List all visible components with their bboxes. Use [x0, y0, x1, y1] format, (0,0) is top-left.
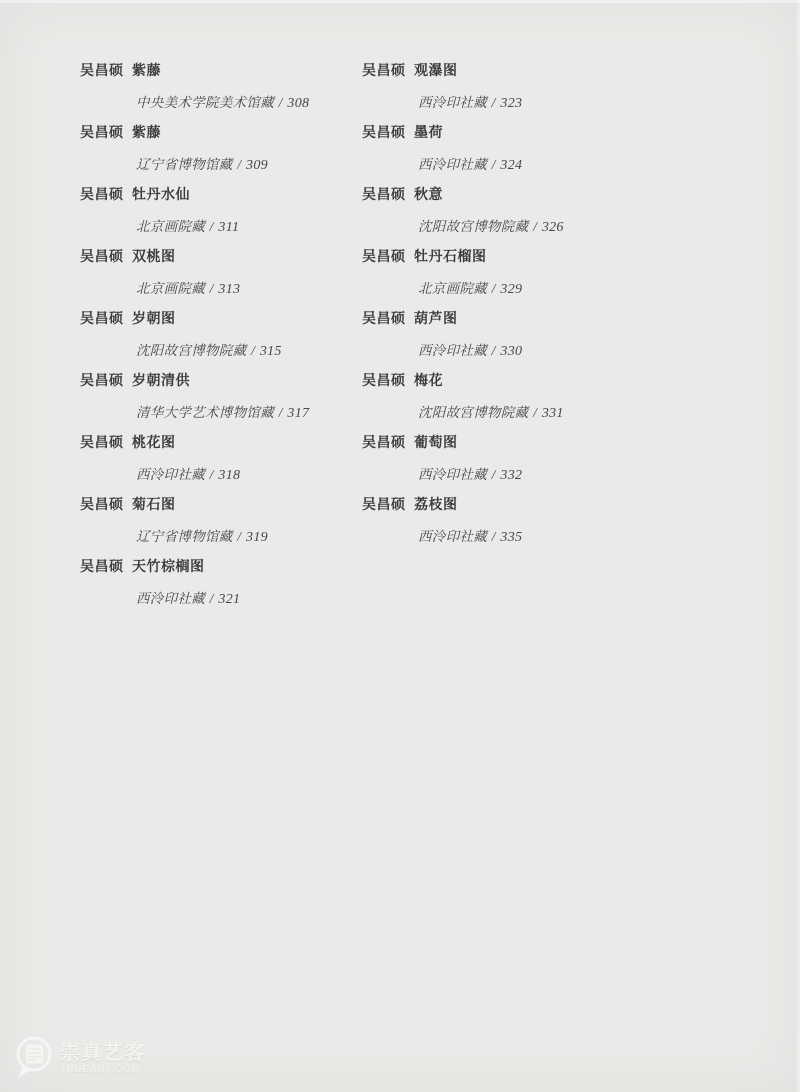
entry-title-line: 吴昌硕 岁朝清供 [80, 366, 350, 397]
watermark-domain-text: TRUEART.COM [60, 1064, 146, 1075]
page-number: 315 [260, 344, 282, 359]
speech-bubble-document-icon [15, 1036, 53, 1080]
artist-name: 吴昌硕 [80, 490, 132, 521]
entry-title-line: 吴昌硕 紫藤 [80, 118, 350, 149]
toc-entry: 吴昌硕 菊石图 辽宁省博物馆藏 / 319 [80, 490, 350, 552]
page-number: 321 [218, 592, 240, 607]
separator: / [528, 219, 541, 234]
separator: / [487, 157, 500, 172]
toc-entry: 吴昌硕 双桃图 北京画院藏 / 313 [80, 242, 350, 304]
separator: / [274, 405, 287, 420]
separator: / [487, 529, 500, 544]
entry-museum-line: 北京画院藏 / 313 [80, 273, 350, 304]
collection-name: 沈阳故宫博物院藏 [136, 343, 246, 358]
collection-name: 辽宁省博物馆藏 [136, 157, 233, 172]
entry-title-line: 吴昌硕 天竹棕榈图 [80, 552, 350, 583]
page-number: 323 [500, 96, 522, 111]
entry-museum-line: 西泠印社藏 / 318 [80, 459, 350, 490]
watermark: 崇真艺客 TRUEART.COM [15, 1036, 146, 1080]
collection-name: 北京画院藏 [136, 219, 205, 234]
toc-column-left: 吴昌硕 紫藤 中央美术学院美术馆藏 / 308 吴昌硕 紫藤 辽宁省博物馆藏 /… [80, 56, 350, 614]
separator: / [528, 405, 541, 420]
entry-title-line: 吴昌硕 牡丹水仙 [80, 180, 350, 211]
collection-name: 西泠印社藏 [418, 343, 487, 358]
artist-name: 吴昌硕 [362, 242, 414, 273]
collection-name: 清华大学艺术博物馆藏 [136, 405, 274, 420]
entry-museum-line: 中央美术学院美术馆藏 / 308 [80, 87, 350, 118]
collection-name: 北京画院藏 [418, 281, 487, 296]
artwork-title: 双桃图 [132, 242, 176, 273]
toc-entry: 吴昌硕 紫藤 中央美术学院美术馆藏 / 308 [80, 56, 350, 118]
page-number: 324 [500, 158, 522, 173]
entry-museum-line: 北京画院藏 / 329 [362, 273, 632, 304]
separator: / [246, 343, 259, 358]
collection-name: 北京画院藏 [136, 281, 205, 296]
page-number: 332 [500, 468, 522, 483]
artwork-title: 墨荷 [414, 118, 443, 149]
artwork-title: 岁朝清供 [132, 366, 190, 397]
page-number: 318 [218, 468, 240, 483]
artist-name: 吴昌硕 [80, 242, 132, 273]
collection-name: 西泠印社藏 [136, 591, 205, 606]
page-number: 329 [500, 282, 522, 297]
entry-title-line: 吴昌硕 双桃图 [80, 242, 350, 273]
artist-name: 吴昌硕 [362, 180, 414, 211]
artwork-title: 荔枝图 [414, 490, 458, 521]
watermark-brand-text: 崇真艺客 [60, 1042, 146, 1064]
artwork-title: 观瀑图 [414, 56, 458, 87]
entry-title-line: 吴昌硕 岁朝图 [80, 304, 350, 335]
entry-title-line: 吴昌硕 紫藤 [80, 56, 350, 87]
entry-museum-line: 辽宁省博物馆藏 / 309 [80, 149, 350, 180]
entry-title-line: 吴昌硕 葡萄图 [362, 428, 632, 459]
toc-entry: 吴昌硕 梅花 沈阳故宫博物院藏 / 331 [362, 366, 632, 428]
artwork-title: 桃花图 [132, 428, 176, 459]
toc-entry: 吴昌硕 天竹棕榈图 西泠印社藏 / 321 [80, 552, 350, 614]
collection-name: 西泠印社藏 [418, 529, 487, 544]
toc-entry: 吴昌硕 墨荷 西泠印社藏 / 324 [362, 118, 632, 180]
entry-title-line: 吴昌硕 牡丹石榴图 [362, 242, 632, 273]
separator: / [487, 95, 500, 110]
artwork-title: 葡萄图 [414, 428, 458, 459]
entry-museum-line: 西泠印社藏 / 324 [362, 149, 632, 180]
collection-name: 辽宁省博物馆藏 [136, 529, 233, 544]
toc-entry: 吴昌硕 岁朝图 沈阳故宫博物院藏 / 315 [80, 304, 350, 366]
entry-title-line: 吴昌硕 秋意 [362, 180, 632, 211]
artist-name: 吴昌硕 [80, 552, 132, 583]
artist-name: 吴昌硕 [362, 56, 414, 87]
collection-name: 西泠印社藏 [418, 95, 487, 110]
artist-name: 吴昌硕 [80, 180, 132, 211]
watermark-texts: 崇真艺客 TRUEART.COM [60, 1042, 146, 1075]
separator: / [205, 467, 218, 482]
artist-name: 吴昌硕 [362, 304, 414, 335]
artist-name: 吴昌硕 [362, 118, 414, 149]
toc-entry: 吴昌硕 荔枝图 西泠印社藏 / 335 [362, 490, 632, 552]
artist-name: 吴昌硕 [362, 366, 414, 397]
separator: / [274, 95, 287, 110]
artwork-title: 葫芦图 [414, 304, 458, 335]
artist-name: 吴昌硕 [80, 428, 132, 459]
artwork-title: 紫藤 [132, 118, 161, 149]
page-number: 309 [246, 158, 268, 173]
toc-entry: 吴昌硕 牡丹水仙 北京画院藏 / 311 [80, 180, 350, 242]
artist-name: 吴昌硕 [80, 118, 132, 149]
artist-name: 吴昌硕 [362, 428, 414, 459]
artwork-title: 秋意 [414, 180, 443, 211]
entry-title-line: 吴昌硕 墨荷 [362, 118, 632, 149]
collection-name: 西泠印社藏 [418, 157, 487, 172]
page-number: 317 [287, 406, 309, 421]
collection-name: 沈阳故宫博物院藏 [418, 405, 528, 420]
entry-title-line: 吴昌硕 桃花图 [80, 428, 350, 459]
entry-museum-line: 西泠印社藏 / 335 [362, 521, 632, 552]
entry-title-line: 吴昌硕 梅花 [362, 366, 632, 397]
collection-name: 沈阳故宫博物院藏 [418, 219, 528, 234]
entry-museum-line: 清华大学艺术博物馆藏 / 317 [80, 397, 350, 428]
entry-museum-line: 沈阳故宫博物院藏 / 326 [362, 211, 632, 242]
separator: / [205, 281, 218, 296]
artwork-title: 牡丹水仙 [132, 180, 190, 211]
artist-name: 吴昌硕 [362, 490, 414, 521]
artwork-title: 岁朝图 [132, 304, 176, 335]
page-number: 330 [500, 344, 522, 359]
toc-entry: 吴昌硕 紫藤 辽宁省博物馆藏 / 309 [80, 118, 350, 180]
artist-name: 吴昌硕 [80, 56, 132, 87]
collection-name: 西泠印社藏 [136, 467, 205, 482]
toc-entry: 吴昌硕 岁朝清供 清华大学艺术博物馆藏 / 317 [80, 366, 350, 428]
entry-museum-line: 西泠印社藏 / 332 [362, 459, 632, 490]
entry-museum-line: 北京画院藏 / 311 [80, 211, 350, 242]
entry-museum-line: 西泠印社藏 / 321 [80, 583, 350, 614]
artist-name: 吴昌硕 [80, 304, 132, 335]
artist-name: 吴昌硕 [80, 366, 132, 397]
separator: / [487, 467, 500, 482]
separator: / [205, 591, 218, 606]
separator: / [205, 219, 218, 234]
entry-title-line: 吴昌硕 荔枝图 [362, 490, 632, 521]
separator: / [487, 281, 500, 296]
entry-museum-line: 西泠印社藏 / 330 [362, 335, 632, 366]
entry-museum-line: 辽宁省博物馆藏 / 319 [80, 521, 350, 552]
page-number: 308 [287, 96, 309, 111]
toc-entry: 吴昌硕 秋意 沈阳故宫博物院藏 / 326 [362, 180, 632, 242]
separator: / [233, 157, 246, 172]
toc-entry: 吴昌硕 观瀑图 西泠印社藏 / 323 [362, 56, 632, 118]
entry-title-line: 吴昌硕 葫芦图 [362, 304, 632, 335]
toc-column-right: 吴昌硕 观瀑图 西泠印社藏 / 323 吴昌硕 墨荷 西泠印社藏 / 324 [362, 56, 632, 552]
entry-title-line: 吴昌硕 观瀑图 [362, 56, 632, 87]
entry-museum-line: 沈阳故宫博物院藏 / 331 [362, 397, 632, 428]
entry-museum-line: 西泠印社藏 / 323 [362, 87, 632, 118]
separator: / [233, 529, 246, 544]
artwork-title: 天竹棕榈图 [132, 552, 205, 583]
separator: / [487, 343, 500, 358]
collection-name: 西泠印社藏 [418, 467, 487, 482]
toc-entry: 吴昌硕 葡萄图 西泠印社藏 / 332 [362, 428, 632, 490]
page-number: 326 [542, 220, 564, 235]
artwork-title: 梅花 [414, 366, 443, 397]
scanned-index-page: 吴昌硕 紫藤 中央美术学院美术馆藏 / 308 吴昌硕 紫藤 辽宁省博物馆藏 /… [0, 0, 800, 1092]
toc-entry: 吴昌硕 牡丹石榴图 北京画院藏 / 329 [362, 242, 632, 304]
page-number: 331 [542, 406, 564, 421]
toc-entry: 吴昌硕 桃花图 西泠印社藏 / 318 [80, 428, 350, 490]
collection-name: 中央美术学院美术馆藏 [136, 95, 274, 110]
page-number: 319 [246, 530, 268, 545]
page-number: 311 [218, 220, 239, 235]
artwork-title: 牡丹石榴图 [414, 242, 487, 273]
entry-museum-line: 沈阳故宫博物院藏 / 315 [80, 335, 350, 366]
artwork-title: 菊石图 [132, 490, 176, 521]
artwork-title: 紫藤 [132, 56, 161, 87]
page-number: 335 [500, 530, 522, 545]
entry-title-line: 吴昌硕 菊石图 [80, 490, 350, 521]
page-number: 313 [218, 282, 240, 297]
toc-entry: 吴昌硕 葫芦图 西泠印社藏 / 330 [362, 304, 632, 366]
